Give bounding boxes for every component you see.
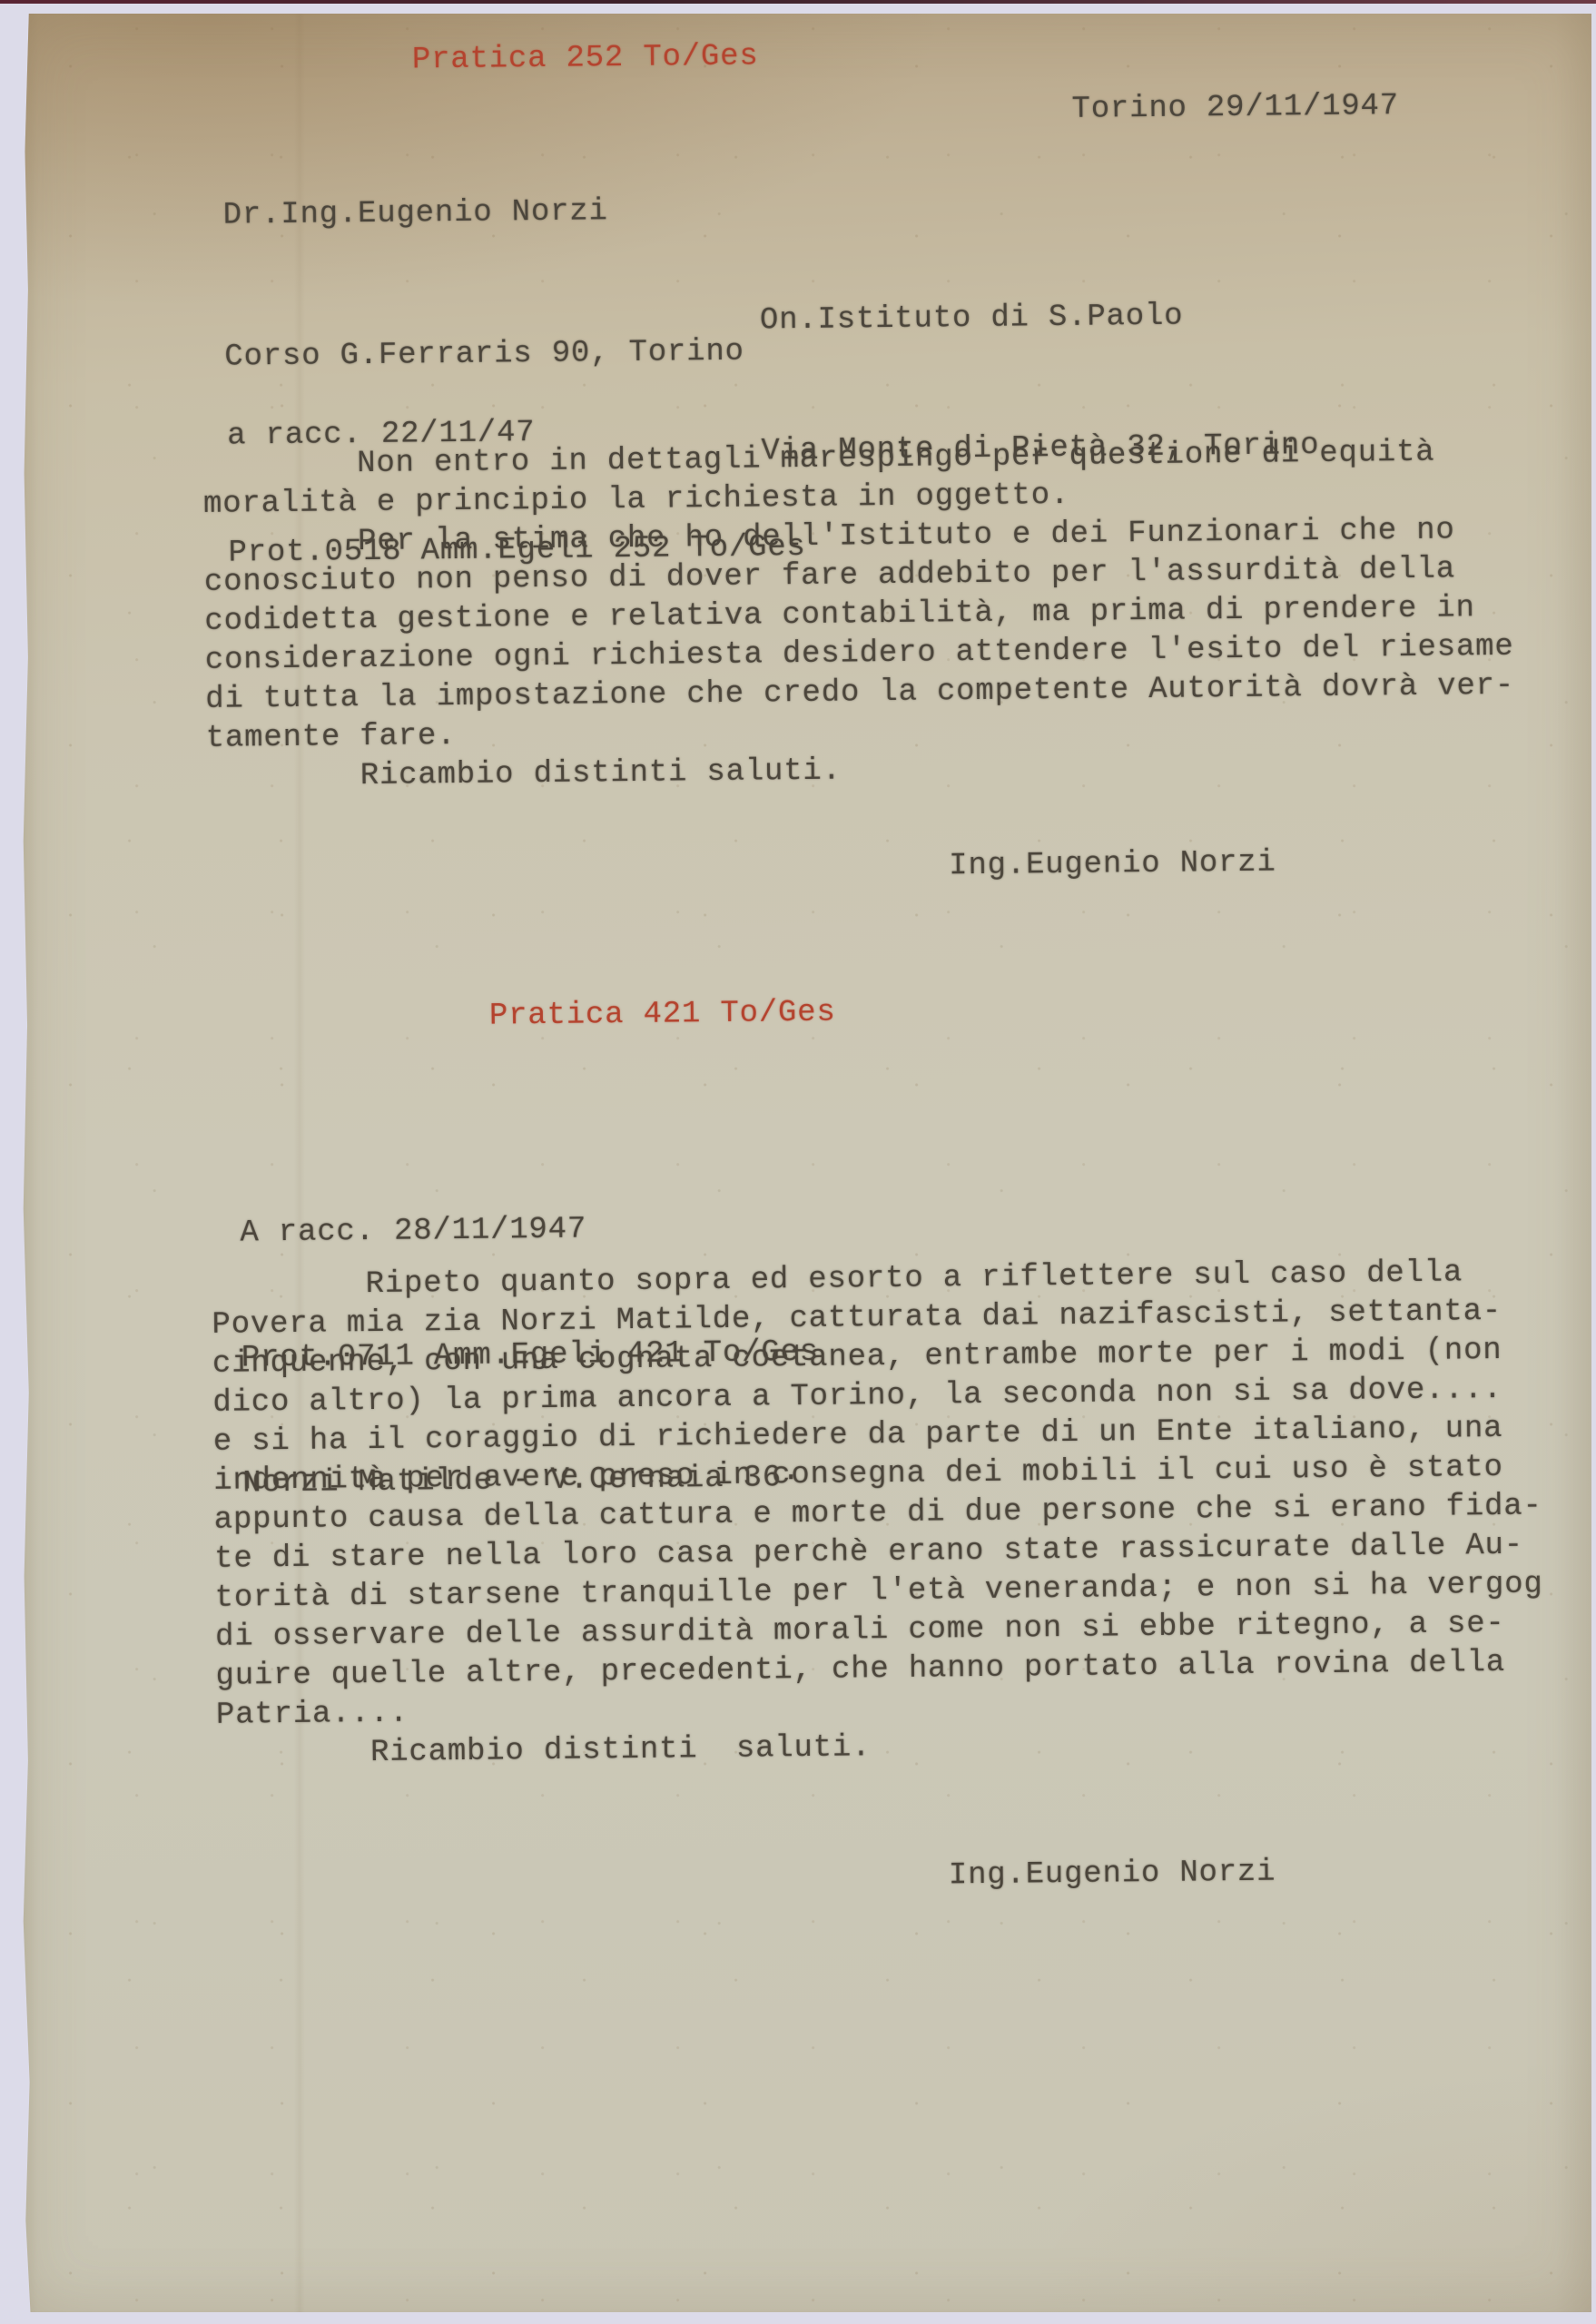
letter2-signature: Ing.Eugenio Norzi [949, 1854, 1276, 1896]
letter1-date: Torino 29/11/1947 [1071, 87, 1399, 130]
typed-content: Pratica 252 To/Ges Dr.Ing.Eugenio Norzi … [12, 5, 1596, 2320]
letter1-signature: Ing.Eugenio Norzi [949, 844, 1276, 887]
sender-name: Dr.Ing.Eugenio Norzi [222, 187, 743, 240]
reference-line: A racc. 28/11/1947 [240, 1206, 818, 1255]
recipient-line: On.Istituto di S.Paolo [760, 293, 1318, 342]
letter1-body: Non entro in dettagli marespingo per que… [202, 433, 1515, 798]
letter2-heading: Pratica 421 To/Ges [489, 994, 836, 1037]
letter1-heading: Pratica 252 To/Ges [412, 38, 759, 81]
scan-edge-line [0, 0, 1596, 4]
letter-paper: Pratica 252 To/Ges Dr.Ing.Eugenio Norzi … [22, 14, 1591, 2312]
scanned-letter-page: Pratica 252 To/Ges Dr.Ing.Eugenio Norzi … [0, 0, 1596, 2324]
letter2-body: Ripeto quanto sopra ed esorto a riflette… [212, 1254, 1545, 1775]
